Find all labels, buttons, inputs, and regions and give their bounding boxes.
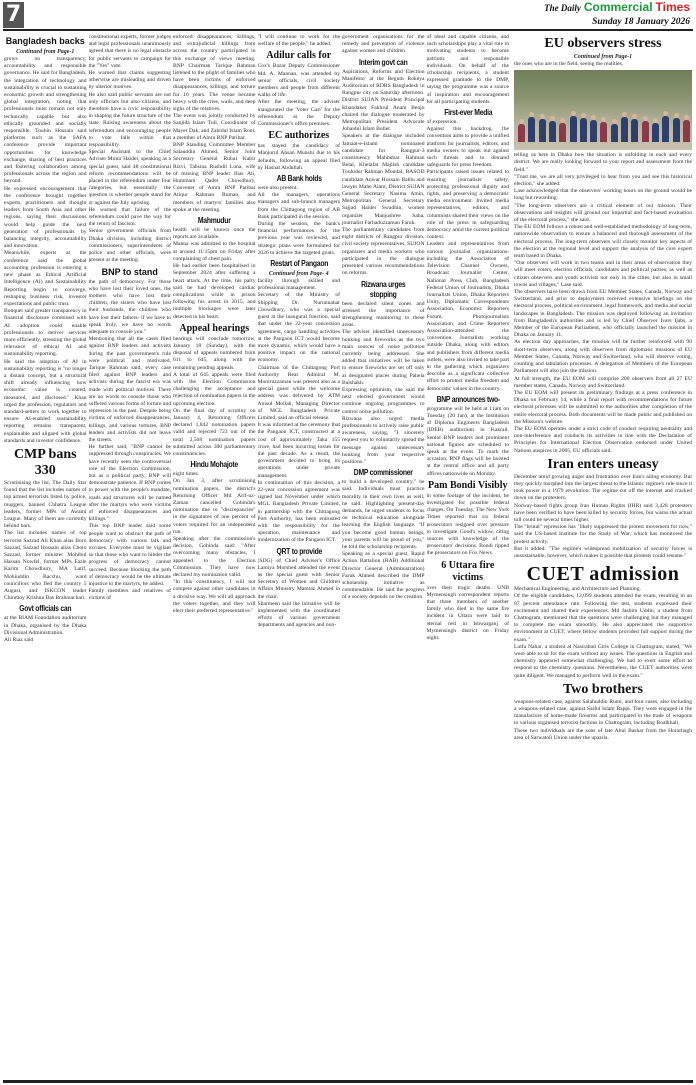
article-headline: Appeal hearings [173, 323, 256, 335]
person-figure [642, 121, 649, 142]
article-headline: Adilur calls for [258, 50, 341, 62]
article-paragraph: The list includes names of top terrorist… [4, 530, 87, 602]
article-paragraph: Secretary of the Ministry of Shipping Dr… [258, 292, 341, 364]
footer-divider [3, 1080, 693, 1083]
article-paragraph: The EU EOM follows a robust and well-est… [514, 224, 692, 260]
continued-note: Continued from Page-1 [4, 48, 87, 56]
article-paragraph: He expressed encouragement that the conf… [4, 186, 87, 251]
article-paragraph: "In this constituency, I will not compet… [173, 579, 256, 615]
article-paragraph: The EU EOM operates under a strict code … [514, 426, 692, 455]
brand-suffix: Times [656, 0, 690, 14]
article-headline: QRT to provide [264, 547, 334, 557]
brand-name: Commercial [584, 0, 653, 14]
article-paragraph: been declared silent zones and stressed … [342, 301, 425, 330]
article-paragraph: at the BIAM Foundation auditorium in Dha… [4, 615, 87, 637]
article-paragraph: This top BNP leader said some people wan… [89, 523, 172, 588]
article-paragraph: "Our observers will work in two teams an… [514, 260, 692, 289]
article-paragraph: These two individuals are the sons of la… [514, 728, 692, 742]
article-paragraph: weapons-related case, against Salahuddin… [514, 699, 692, 728]
article-headline: First-ever Media [433, 108, 503, 118]
person-head [674, 113, 679, 118]
article-paragraph: All the managers, operations managers an… [258, 192, 341, 221]
article-paragraph: Special Assistant to the Chief Adviser M… [89, 149, 172, 207]
person-figure [580, 118, 587, 142]
person-head [643, 116, 648, 121]
article-paragraph: Mentioning that all the cases filed agai… [89, 336, 172, 444]
article-paragraph: During the session, the bank's financial… [258, 221, 341, 257]
article-paragraph: health will be known once the reports ar… [173, 227, 256, 241]
article-paragraph: He warned that failure of the referendum… [89, 207, 172, 229]
article-paragraph: Scrutinising the list, The Daily Star fo… [4, 480, 87, 530]
person-figure [570, 116, 577, 142]
article-headline: Govt officials can [10, 604, 80, 614]
article-headline: DMP commissioner [348, 468, 418, 478]
article-paragraph: The event was jointly conducted by Sanji… [173, 113, 256, 142]
article-headline: Interim govt can [348, 58, 418, 68]
article-paragraph: After the meeting, the adviser inaugurat… [258, 99, 341, 128]
article-paragraph: The EU EOM will present its preliminary … [514, 390, 692, 426]
article-paragraph: were also present. [258, 185, 341, 192]
article-headline: EU observers stress [514, 36, 692, 52]
article-headline: Hindu Mohajote [179, 460, 249, 470]
article-paragraph: to build a developed country," he said. … [342, 479, 425, 551]
article-headline: CMP bans 330 [4, 447, 87, 479]
person-head [601, 117, 606, 122]
article-paragraph: Ali Riaz said [4, 637, 87, 644]
article-paragraph: the path of democracy. For those who hav… [89, 279, 172, 337]
article-paragraph: December amid growing anger and frustrat… [514, 474, 692, 503]
article-headline: Rizwana urges stopping [348, 280, 418, 300]
article-headline: Iran enters uneasy [514, 457, 692, 473]
person-figure [600, 122, 607, 142]
column-1: Bangladesh backsContinued from Page-1gro… [4, 34, 87, 1078]
article-paragraph: He had earlier been hospitalised in Sept… [173, 263, 256, 321]
wide-column: EU observers stressContinued from Page-1… [514, 34, 692, 1078]
article-paragraph: The adviser identified unnecessary honki… [342, 329, 425, 387]
article-paragraph: Speakers at the dialogue included Jamaat… [342, 133, 425, 227]
person-figure [518, 124, 525, 142]
article-paragraph: Senior government officials from Dhaka d… [89, 228, 172, 264]
person-figure [549, 121, 556, 142]
person-head [612, 119, 617, 124]
article-paragraph: He said the adoption of AI in sustainabi… [4, 359, 87, 445]
article-paragraph: Speaking after the commission's decision… [173, 536, 256, 579]
article-paragraph: enforced disappearances, killings, and e… [173, 34, 256, 113]
person-figure [528, 117, 535, 142]
article-headline: CUET admission [514, 563, 692, 585]
article-paragraph: Bouquet said greater transparency in fin… [4, 308, 87, 358]
article-paragraph: programme will be held at 11am on Tuesda… [427, 406, 510, 478]
article-headline: AB Bank holds [264, 174, 334, 184]
article-paragraph: Expressing optimism, she said the next e… [342, 387, 425, 416]
article-paragraph: "The long-term observers are a critical … [514, 203, 692, 225]
article-paragraph: Rizwana also urged media professionals t… [342, 416, 425, 466]
article-paragraph: A total of 645 appeals were filed with t… [173, 372, 256, 408]
person-figure [673, 118, 680, 142]
column-4: "I will continue to work for the welfare… [258, 34, 341, 1078]
article-paragraph: The parliamentary candidates from eight … [342, 227, 425, 277]
article-paragraph: On the final day of scrutiny on January … [173, 408, 256, 458]
person-figure [611, 124, 618, 142]
article-paragraph: He warned that claims suggesting otherwi… [89, 70, 172, 92]
article-paragraph: Of the eligible candidates, 12,099 stude… [514, 593, 692, 643]
person-figure [631, 119, 638, 142]
article-headline: Restart of Pangaon [264, 259, 334, 269]
article-paragraph: Participants raised issues related to en… [427, 169, 510, 241]
article-headline: Pam Bondi Visibly [427, 480, 510, 492]
column-2: constitutional experts, former judges an… [89, 34, 172, 1078]
article-paragraph: Lutfa Nahar, a student at Nasirabad Girl… [514, 644, 692, 680]
article-paragraph: In continuation of this decision, a 22-y… [258, 480, 341, 545]
column-6: of ideal and capable citizens, and such … [427, 34, 510, 1078]
masthead: The Daily Commercial Times Sunday 18 Jan… [544, 1, 690, 29]
article-paragraph: government organisations for the remedy … [342, 34, 425, 56]
article-headline: Mahmudur [179, 216, 249, 226]
article-paragraph: On Jan 3, after scrutinising nomination … [173, 478, 256, 536]
article-headline: BNP announces two- [433, 395, 503, 405]
article-paragraph: facility through skilled and professiona… [258, 278, 341, 292]
article-paragraph: Speaking as a special guest, Rapid Actio… [342, 551, 425, 601]
article-paragraph: The "brutal" repression has "likely supp… [514, 524, 692, 546]
article-paragraph: The observers have been drawn from EU Me… [514, 289, 692, 339]
article-paragraph: Manna was admitted to the hospital at ar… [173, 241, 256, 263]
person-head [540, 114, 545, 119]
article-paragraph: Aspirations, Reforms and Election Manife… [342, 69, 425, 134]
article-paragraph: He also said public servants are not onl… [89, 92, 172, 150]
article-paragraph: Chairman of the Chittagong Port Authorit… [258, 365, 341, 423]
person-head [684, 115, 689, 120]
article-paragraph: in some footage of the incident, he inve… [427, 493, 510, 558]
article-paragraph: Sharmeen said the initiative will be imp… [258, 601, 341, 630]
article-paragraph: He further said, "BNP cannot be suppress… [89, 444, 172, 523]
article-paragraph: over their tragic deaths. UNB Mymensingh… [427, 585, 510, 643]
article-headline: Bangladesh backs [4, 36, 87, 47]
continued-note: Continued from Page-1 [514, 53, 692, 61]
brand-prefix: The Daily [544, 3, 581, 13]
article-paragraph: Norway-based rights group Iran Human Rig… [514, 503, 692, 525]
article-paragraph: "I will continue to work for the welfare… [258, 34, 341, 48]
article-paragraph: Cox's Bazar Deputy Commissioner Md. A. M… [258, 63, 341, 99]
person-figure [559, 123, 566, 142]
article-headline: EC authorizes [258, 130, 341, 142]
observers-photo [514, 70, 692, 150]
continued-note: Continued from Page- 4 [258, 270, 341, 278]
page-number-badge: 7 [3, 2, 24, 28]
person-figure [590, 120, 597, 142]
article-paragraph: has stayed the candidacy of Manjurul Ahs… [258, 143, 341, 172]
article-paragraph: Family members and relatives of victims … [89, 588, 172, 602]
article-paragraph: constitutional experts, former judges an… [89, 34, 172, 70]
article-paragraph: of expression. [427, 119, 510, 126]
article-headline: 6 Uttara fire victims [427, 560, 510, 584]
issue-date: Sunday 18 January 2026 [544, 15, 690, 29]
article-paragraph: hearings will conclude tomorrow, January… [173, 336, 256, 372]
narrow-columns: Bangladesh backsContinued from Page-1gro… [4, 34, 509, 1078]
article-paragraph: grows on transparency, accountability an… [4, 56, 87, 186]
header-divider [3, 29, 693, 31]
person-figure [652, 123, 659, 142]
article-paragraph: It was informed at the ceremony that the… [258, 422, 341, 480]
article-paragraph: of ideal and capable citizens, and such … [427, 34, 510, 106]
article-paragraph: the ones who are in the field, seeing th… [514, 61, 692, 68]
person-head [571, 111, 576, 116]
article-paragraph: (SDG) of Chief Adviser's Office Lamiya M… [258, 558, 341, 601]
article-headline: BNP to stand [89, 267, 172, 278]
person-figure [683, 120, 690, 142]
column-3: enforced disappearances, killings, and e… [173, 34, 256, 1078]
person-figure [621, 117, 628, 142]
person-figure [539, 119, 546, 142]
article-paragraph: Meanwhile, experts at the conference sai… [4, 250, 87, 308]
column-5: government organisations for the remedy … [342, 34, 425, 1078]
article-paragraph: As election day approaches, the mission … [514, 339, 692, 375]
newspaper-brand: The Daily Commercial Times [544, 1, 690, 15]
article-headline: Two brothers [514, 682, 692, 698]
article-paragraph: Lase acknowledged that the observers' wo… [514, 188, 692, 202]
article-paragraph: Leaders and representatives from various… [427, 241, 510, 392]
article-paragraph: Against this backdrop, the convention ai… [427, 126, 510, 169]
article-paragraph: But it added: "The regime's widespread m… [514, 546, 692, 560]
person-figure [662, 116, 669, 142]
article-paragraph: BNP Standing Committee Member Salauddin … [173, 142, 256, 214]
article-paragraph: telling us here in Dhaka how the situati… [514, 152, 692, 174]
article-paragraph: "Trust me, we are all very privileged to… [514, 174, 692, 188]
article-paragraph: At full strength, the EU EOM will compri… [514, 376, 692, 390]
person-head [581, 113, 586, 118]
